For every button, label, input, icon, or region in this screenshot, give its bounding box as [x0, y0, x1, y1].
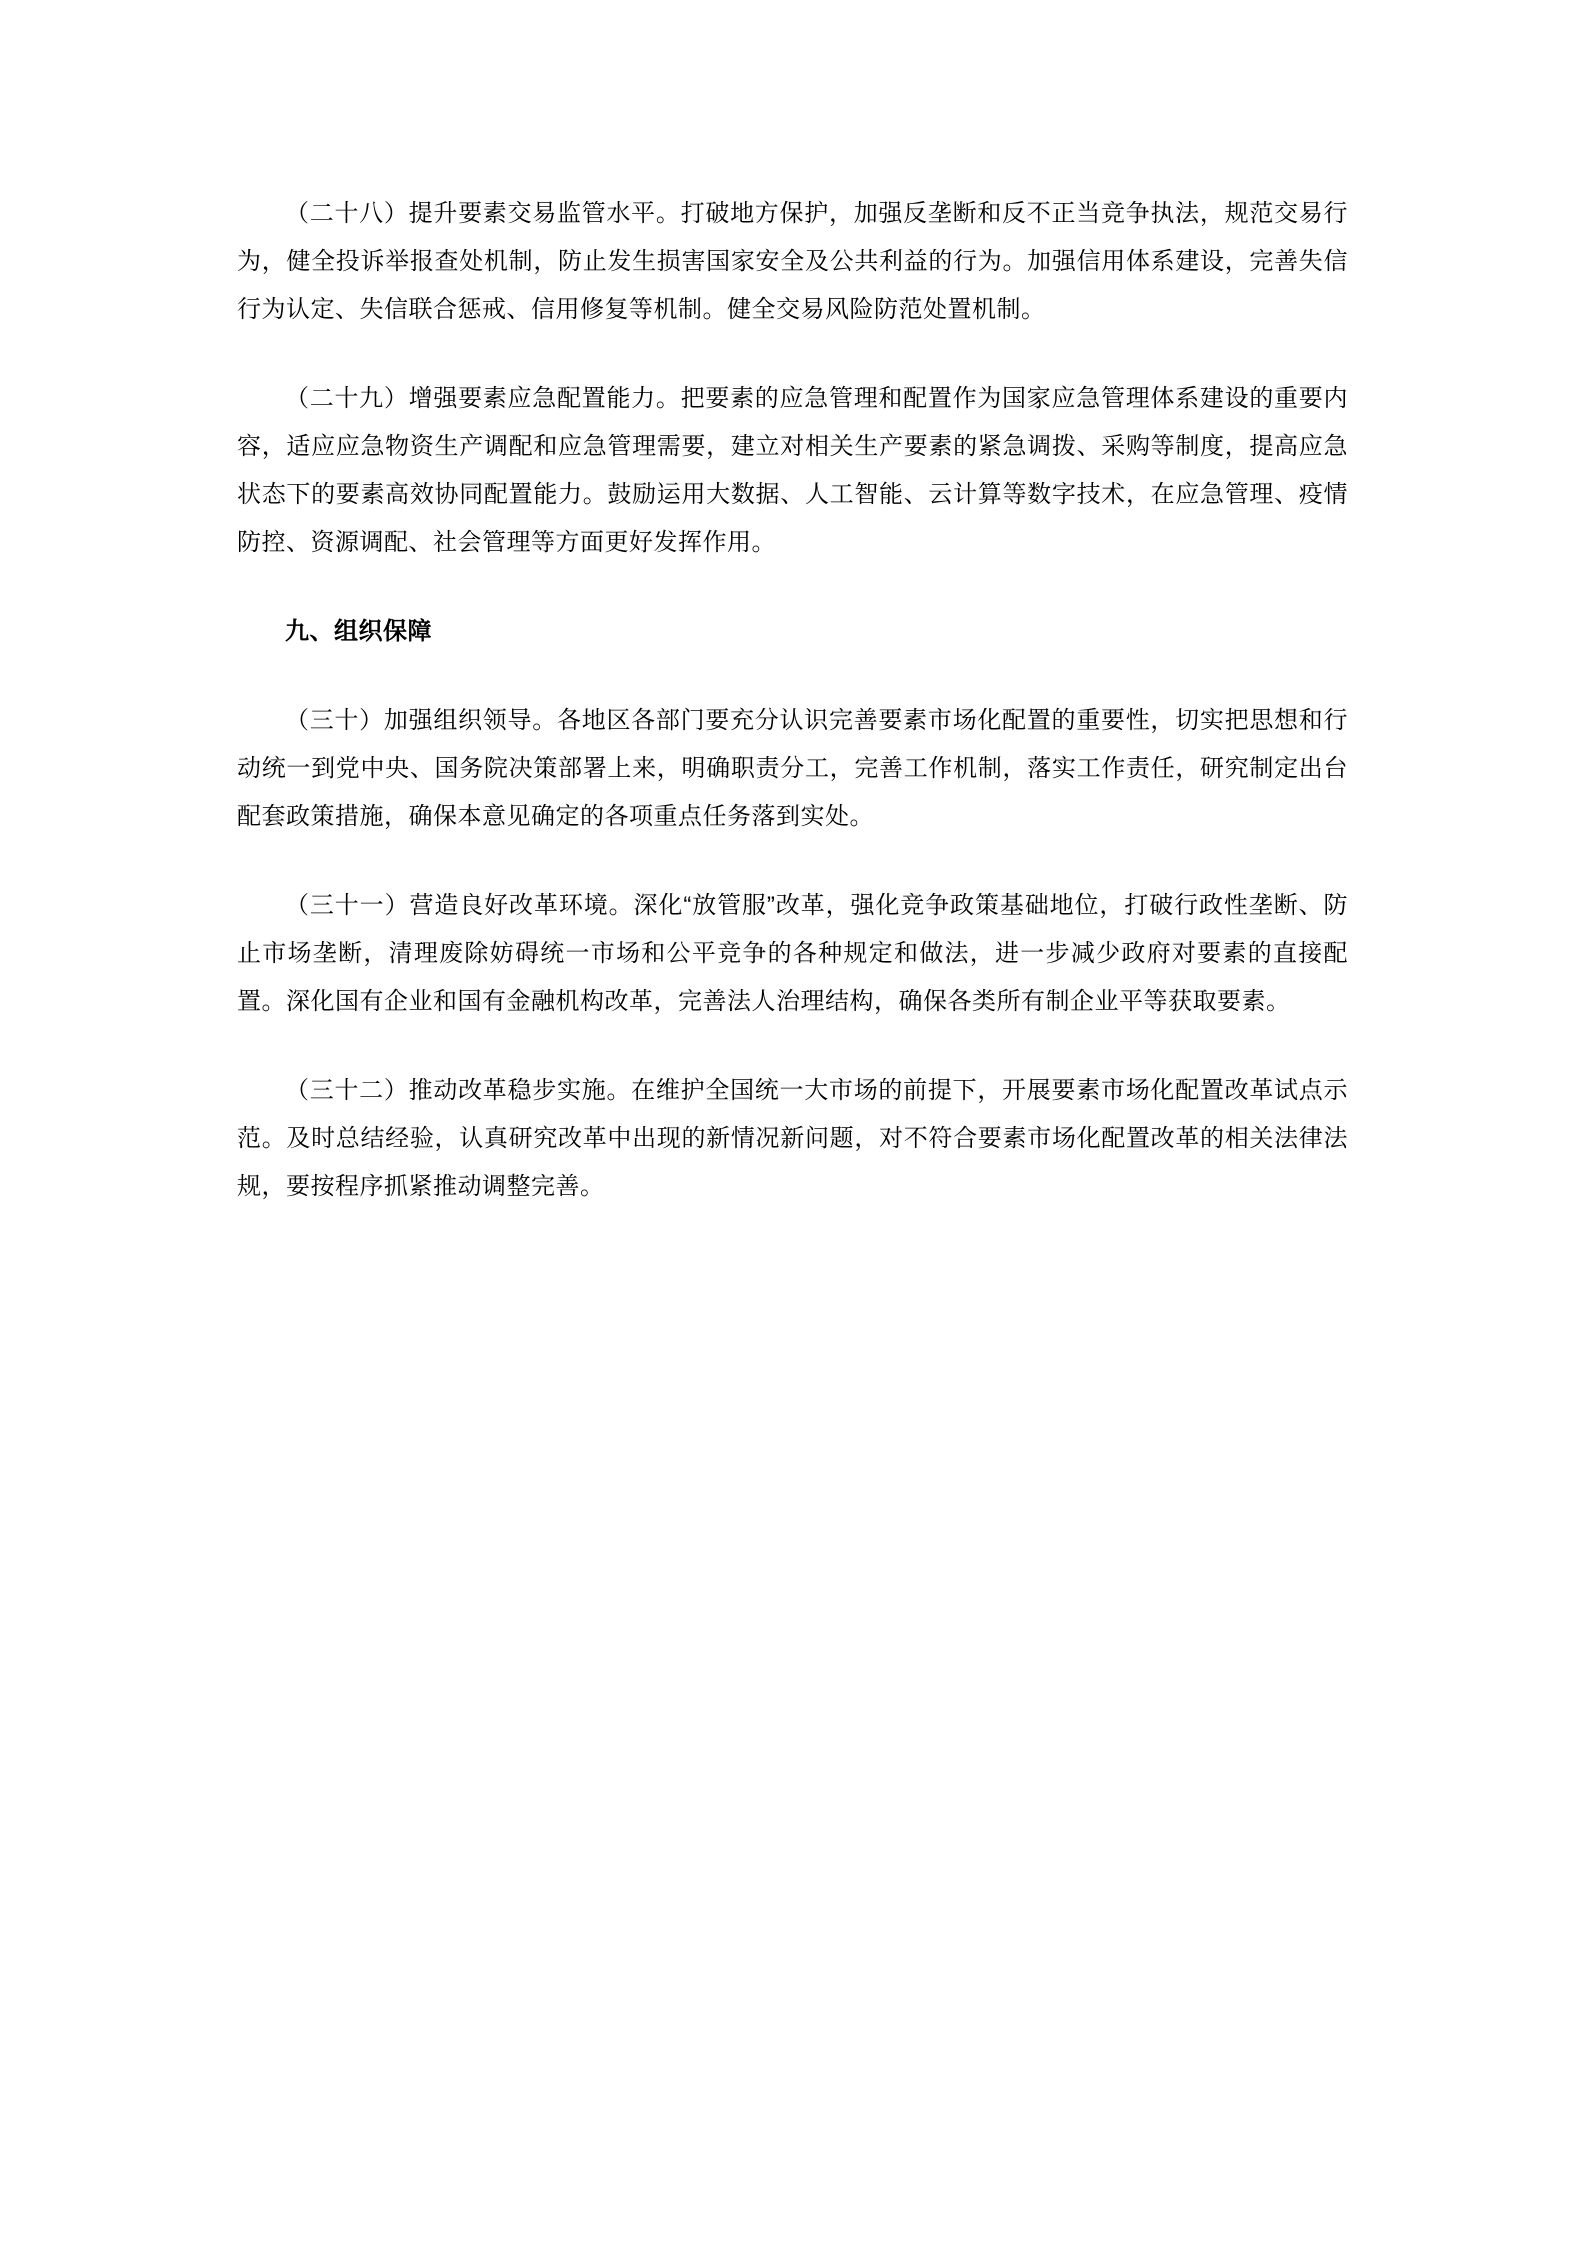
- paragraph-item-32: （三十二）推动改革稳步实施。在维护全国统一大市场的前提下，开展要素市场化配置改革…: [237, 1067, 1348, 1211]
- document-page: （二十八）提升要素交易监管水平。打破地方保护，加强反垄断和反不正当竞争执法，规范…: [0, 0, 1586, 2244]
- paragraph-item-31: （三十一）营造良好改革环境。深化“放管服”改革，强化竞争政策基础地位，打破行政性…: [237, 882, 1348, 1026]
- section-heading-organizational-support: 九、组织保障: [237, 608, 1348, 656]
- page: { "page": { "background_color": "#ffffff…: [0, 0, 1586, 2244]
- paragraph-item-30: （三十）加强组织领导。各地区各部门要充分认识完善要素市场化配置的重要性，切实把思…: [237, 697, 1348, 841]
- paragraph-item-29: （二十九）增强要素应急配置能力。把要素的应急管理和配置作为国家应急管理体系建设的…: [237, 375, 1348, 567]
- paragraph-item-28: （二十八）提升要素交易监管水平。打破地方保护，加强反垄断和反不正当竞争执法，规范…: [237, 190, 1348, 334]
